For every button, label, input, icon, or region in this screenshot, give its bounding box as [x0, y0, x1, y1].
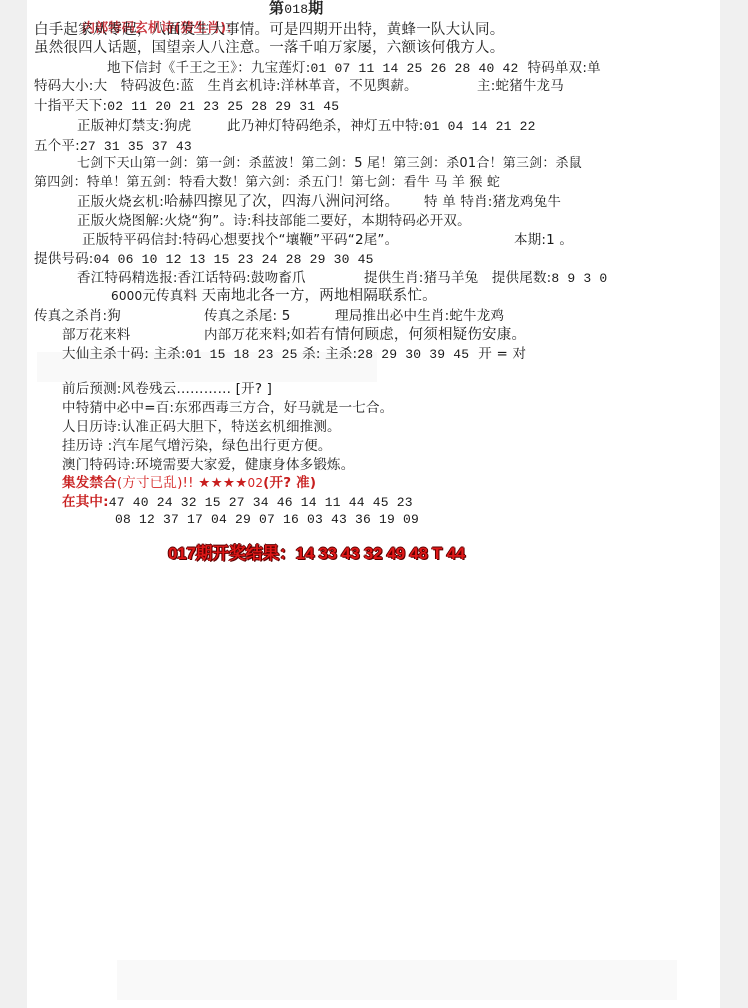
status-badge: 开 = 对	[478, 346, 526, 362]
watermark	[117, 960, 677, 1000]
underground-row: 地下信封《千王之王》：九宝莲灯:01 07 11 14 25 26 28 40 …	[107, 59, 601, 78]
hongkong-row: 香江特码精选报:香江话特码:鼓吻畜爪	[77, 269, 306, 287]
period-row: 本期:1 。	[514, 231, 573, 249]
flowers-row: 内部万花来料;如若有情何顾虑，何须相疑伤安康。	[204, 326, 526, 344]
star-icon: ★★★★	[198, 475, 247, 491]
flowers-left: 部万花来料	[62, 326, 131, 344]
size-row: 特码大小:大 特码波色:蓝 生肖玄机诗:洋林革音，不见舆薪。	[34, 77, 418, 95]
seven-swords-line-1: 七剑下天山第一剑：第一剑：杀蓝波！第二剑：5 尾！第三剑：杀01合！第三剑：杀鼠	[77, 155, 582, 173]
seven-swords-line-2: 第四剑：特单！第五剑：特看大数！第六剑：杀五门！第七剑：看牛 马 羊 猴 蛇	[34, 174, 500, 192]
poem-line-2: 虽然很四人话题，国望亲人八注意。一落千咱万家屡，六额该何俄方人。	[34, 39, 504, 57]
issue-number: 018	[284, 2, 308, 17]
issue-label: 第018期	[269, 0, 323, 19]
flat-code-row: 正版特平码信封:特码心想要找个“壤鞭”平码“2尾”。	[82, 231, 398, 249]
prediction-row: 人日历诗:认准正码大胆下，特送玄机细推测。	[62, 418, 341, 436]
odd-even-value: 单	[587, 60, 601, 76]
prediction-row: 中特猜中必中=百:东邪西毒三方合，好马就是一七合。	[62, 399, 393, 417]
main-zodiac: 主:蛇猪牛龙马	[477, 77, 564, 95]
provided-numbers-row: 提供号码:04 06 10 12 13 15 23 24 28 29 30 45	[34, 250, 374, 269]
fax-kill-tail: 传真之杀尾: 5	[204, 307, 291, 325]
forbidden-row: 集发禁合(方寸已乱)!! ★★★★02(开? 准)	[62, 474, 316, 492]
hongkong-zodiac: 提供生肖:猪马羊兔 提供尾数:8 9 3 0	[364, 269, 607, 288]
prediction-row: 挂历诗 :汽车尾气增污染，绿色出行更方便。	[62, 437, 332, 455]
fire-single-row: 特 单 特肖:猪龙鸡兔牛	[424, 193, 561, 211]
prediction-row: 前后预测:风卷残云………… [开? ]	[62, 380, 272, 398]
fire-mystery-row: 正版火烧玄机:哈赫四擦见了次，四海八洲问河络。	[77, 193, 399, 211]
fax-price-row: 6000元传真料 天南地北各一方，两地相隔联系忙。	[111, 287, 437, 305]
prediction-row: 澳门特码诗:环境需要大家爱，健康身体多锻炼。	[62, 456, 354, 474]
fax-kill-zodiac: 传真之杀肖:狗	[34, 307, 121, 325]
lamp-row: 正版神灯禁支:狗虎	[77, 117, 191, 135]
ten-fingers-row: 十指平天下:02 11 20 21 23 25 28 29 31 45	[34, 97, 339, 116]
document-page: 内部特码玄机诗(猜生肖)： 第018期 白手起家从零起，八面发生大事情。可是四期…	[27, 0, 720, 1008]
among-row-1: 在其中:47 40 24 32 15 27 34 46 14 11 44 45 …	[62, 493, 413, 512]
immortal-row: 大仙主杀十码: 主杀:01 15 18 23 25 杀: 主杀:28 29 30…	[62, 345, 526, 364]
poem-line-1: 白手起家从零起，八面发生大事情。可是四期开出特，黄蜂一队大认同。	[34, 21, 504, 39]
bureau-zodiac: 理局推出必中生肖:蛇牛龙鸡	[335, 307, 504, 325]
fire-diagram-row: 正版火烧图解:火烧“狗”。诗:科技部能二要好，本期特码必开双。	[77, 212, 471, 230]
five-flat-row: 五个平:27 31 35 37 43	[34, 137, 192, 156]
lamp-note: 此乃神灯特码绝杀，神灯五中特:01 04 14 21 22	[227, 117, 536, 136]
among-row-2: 08 12 37 17 04 29 07 16 03 43 36 19 09	[115, 511, 419, 529]
underground-numbers: 01 07 11 14 25 26 28 40 42	[311, 61, 519, 76]
draw-result: 017期开奖结果：14 33 43 32 49 48 T 44	[168, 539, 465, 564]
